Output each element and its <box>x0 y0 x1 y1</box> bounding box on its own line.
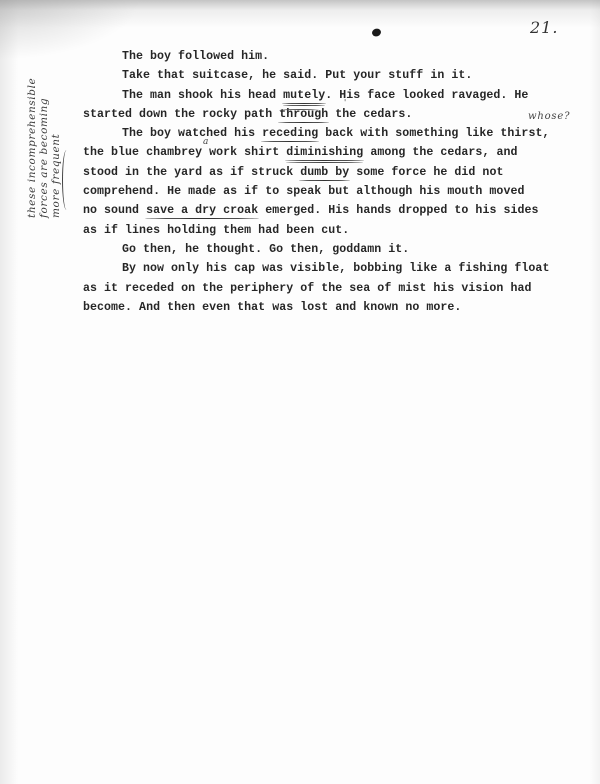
tick-mark: ' <box>209 192 211 201</box>
text-segment: The boy watched his <box>122 127 262 140</box>
text-segment: By now only his cap was visible, bobbing… <box>122 262 549 275</box>
text-segment: . His face looked ravaged. He <box>325 89 528 102</box>
typescript-line: become. And then even that was lost and … <box>83 298 583 317</box>
text-segment: among the cedars, and <box>363 146 517 159</box>
underlined-phrase: mutely <box>283 89 325 102</box>
underlined-phrase: diminishing <box>286 146 363 159</box>
margin-brace-mark <box>62 150 71 210</box>
text-segment: stood in the yard as if struck <box>83 166 300 179</box>
text-segment: some force he did not <box>349 166 503 179</box>
typescript-line: stood in the yard as if struck dumb by s… <box>83 163 583 182</box>
typescript-line: By now only his cap was visible, bobbing… <box>83 259 583 278</box>
typescript-body: The boy followed him.Take that suitcase,… <box>83 47 583 317</box>
insert-mark-chambrey: a <box>203 137 208 147</box>
typescript-line: the blue chambrey work shirt diminishing… <box>83 143 583 162</box>
text-segment: Go then, he thought. Go then, goddamn it… <box>122 243 409 256</box>
typescript-line: started down the rocky path through the … <box>83 105 583 124</box>
underlined-phrase: through <box>279 108 328 121</box>
text-segment: as if lines holding them had been cut. <box>83 224 349 237</box>
typescript-line: as if lines holding them had been cut. <box>83 221 583 240</box>
text-segment: started down the rocky path <box>83 108 279 121</box>
typescript-line: The boy followed him. <box>83 47 583 66</box>
text-segment: The man shook his head <box>122 89 283 102</box>
underlined-phrase: receding <box>262 127 318 140</box>
handwritten-query: whose? <box>528 111 570 122</box>
typescript-line: The boy watched his receding back with s… <box>83 124 583 143</box>
text-segment: The boy followed him. <box>122 50 269 63</box>
text-segment: comprehend. He made as if to speak but a… <box>83 185 524 198</box>
typescript-line: as it receded on the periphery of the se… <box>83 279 583 298</box>
text-segment: the cedars. <box>328 108 412 121</box>
text-segment: become. And then even that was lost and … <box>83 301 461 314</box>
underlined-phrase: save a dry croak <box>146 204 258 217</box>
text-segment: emerged. His hands dropped to his sides <box>258 204 538 217</box>
typescript-line: Take that suitcase, he said. Put your st… <box>83 66 583 85</box>
punch-hole-mark <box>371 27 382 37</box>
underlined-phrase: dumb by <box>300 166 349 179</box>
page-number: 21. <box>530 18 558 37</box>
manuscript-page: 21. The boy followed him.Take that suitc… <box>0 0 600 784</box>
tick-mark: ' <box>344 98 346 107</box>
margin-handwritten-note: these incomprehensible forces are becomi… <box>26 78 62 218</box>
text-segment: Take that suitcase, he said. Put your st… <box>122 69 472 82</box>
typescript-line: no sound save a dry croak emerged. His h… <box>83 201 583 220</box>
typescript-line: Go then, he thought. Go then, goddamn it… <box>83 240 583 259</box>
typescript-line: comprehend. He made as if to speak but a… <box>83 182 583 201</box>
text-segment: back with something like thirst, <box>318 127 549 140</box>
text-segment: as it receded on the periphery of the se… <box>83 282 531 295</box>
typescript-line: The man shook his head mutely. His face … <box>83 86 583 105</box>
text-segment: the blue chambrey work shirt <box>83 146 286 159</box>
text-segment: no sound <box>83 204 146 217</box>
